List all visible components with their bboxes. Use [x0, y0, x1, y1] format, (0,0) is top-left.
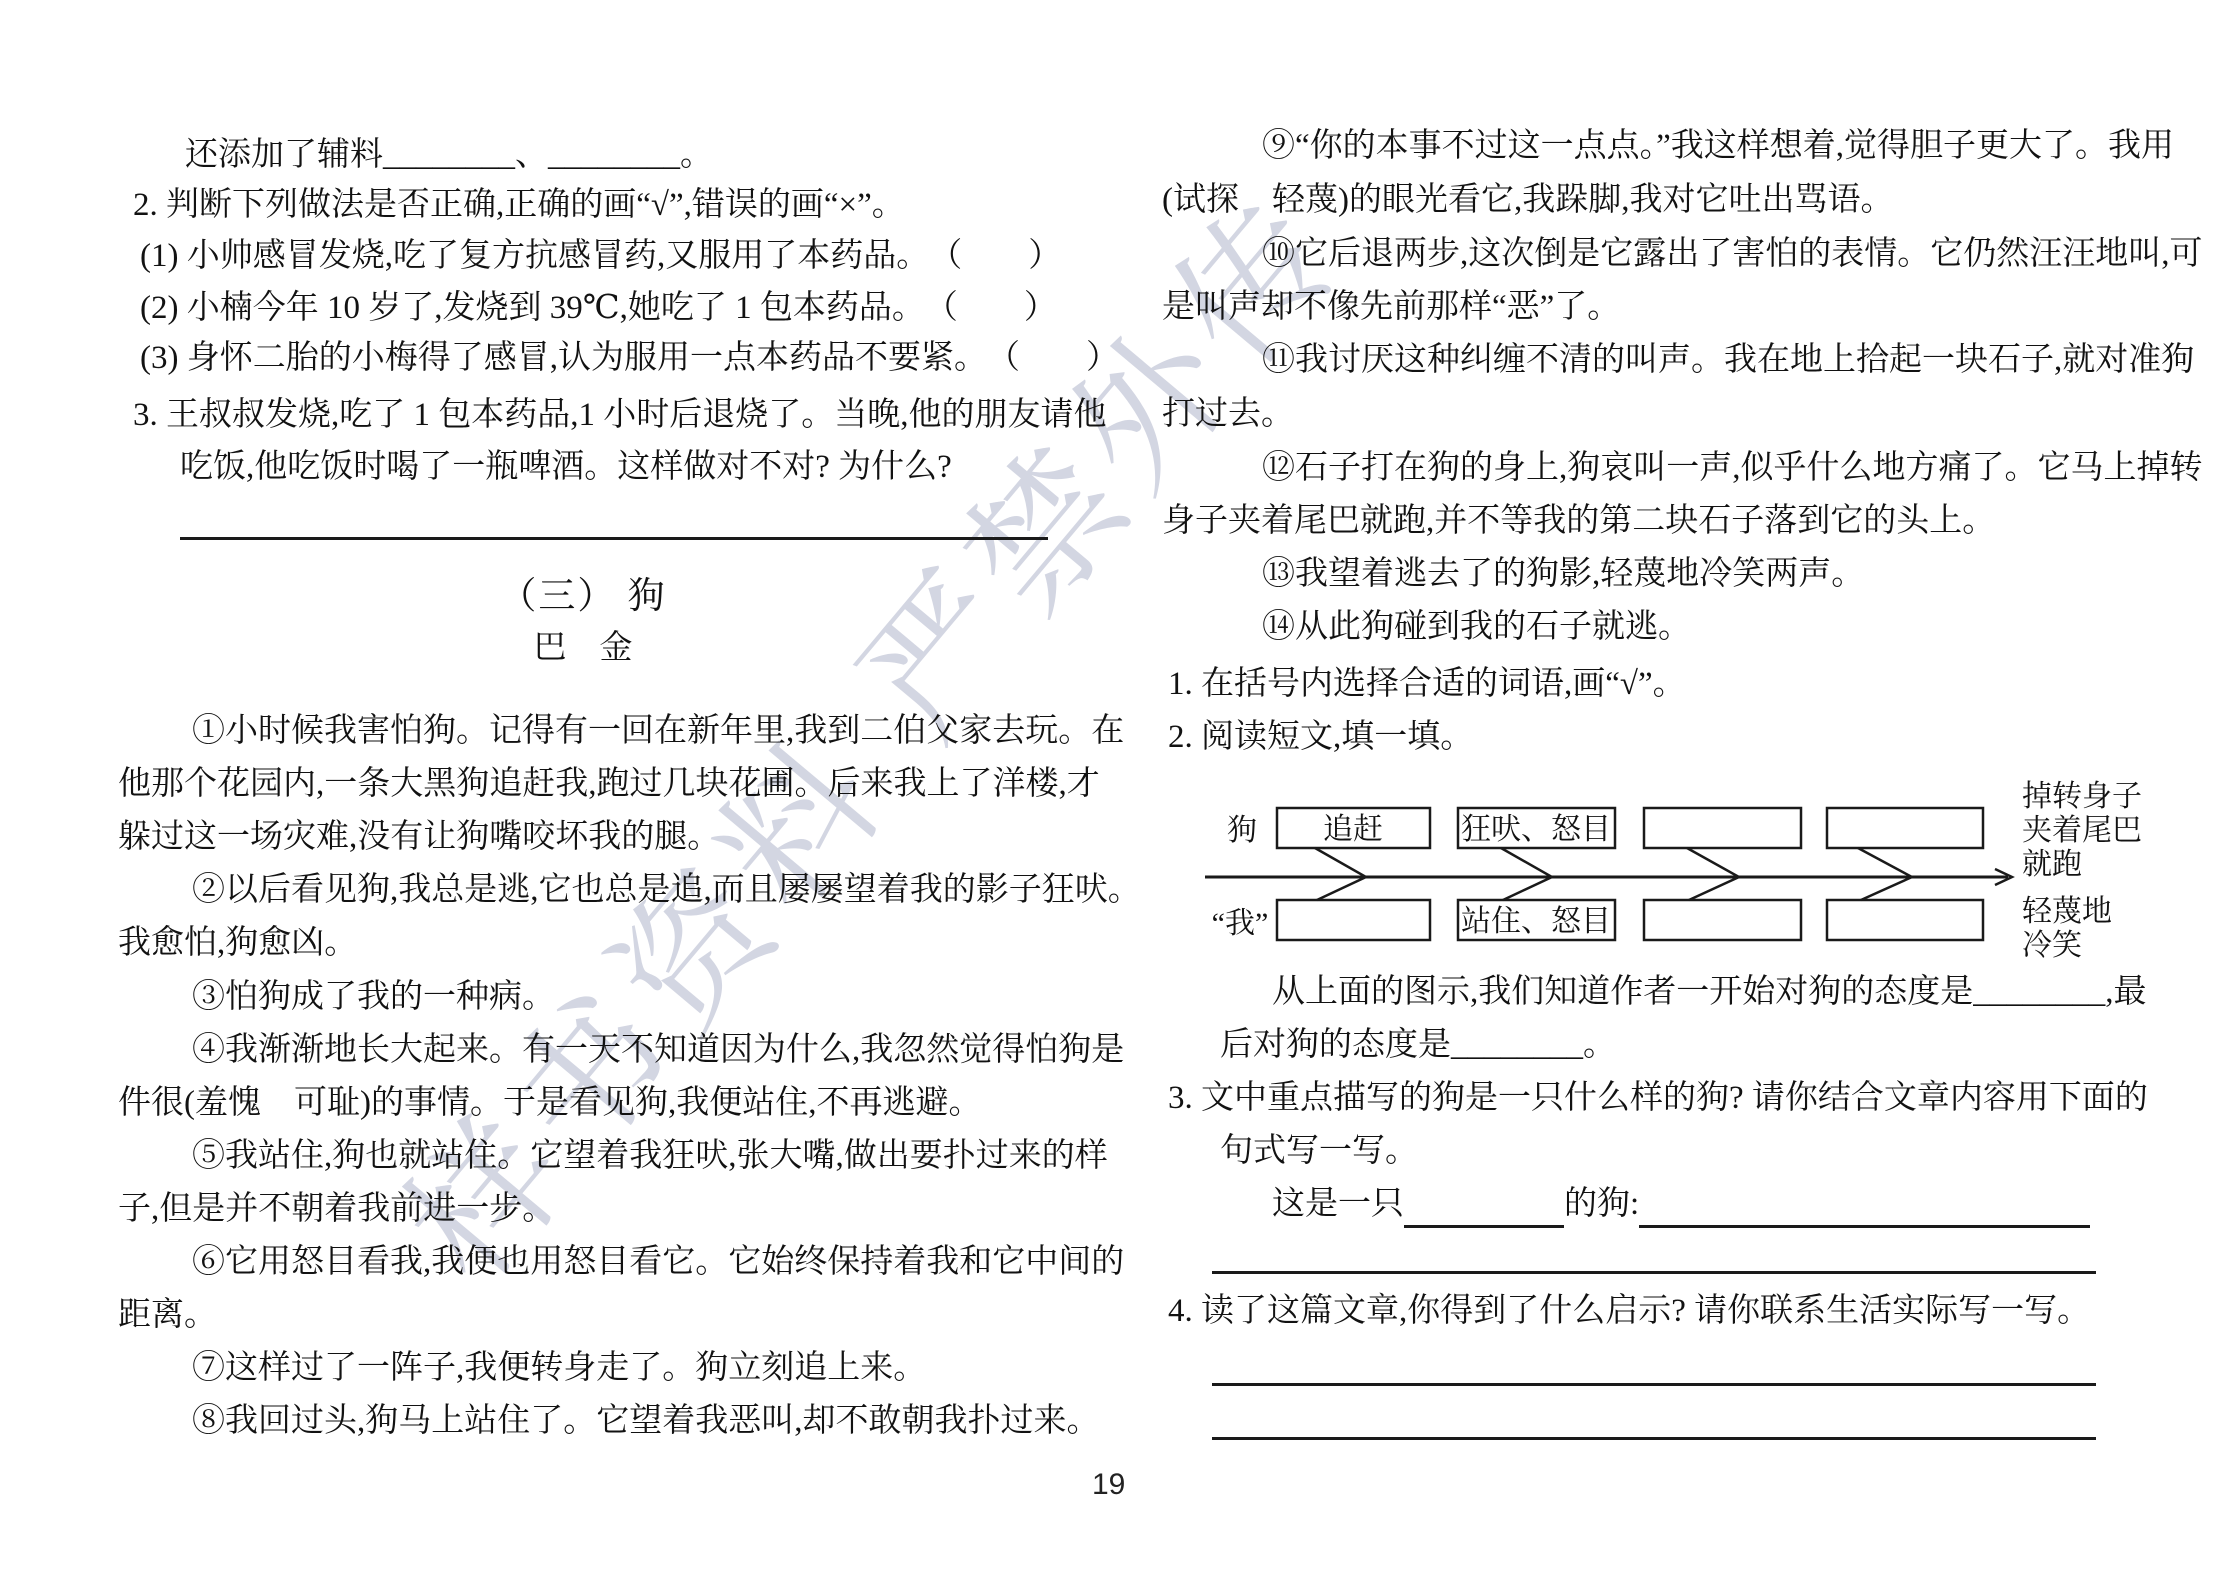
worksheet-page: 样书资料 严禁外传 还添加了辅料________、________。 2. 判断… [0, 0, 2220, 1571]
passage-line: 身子夹着尾巴就跑,并不等我的第二块石子落到它的头上。 [1162, 495, 1995, 548]
diagram-row-label-dog: 狗 [1227, 814, 1257, 847]
passage-line: ⑤我站住,狗也就站住。它望着我狂吠,张大嘴,做出要扑过来的样 [192, 1130, 1108, 1183]
passage-line: ⑦这样过了一阵子,我便转身走了。狗立刻追上来。 [192, 1342, 926, 1395]
dog-attitude-flow-diagram: 狗 “我” 追赶 狂吠、怒目 站住、怒目 掉转身子 夹着尾巴 就跑 轻蔑地 冷 [1160, 778, 2150, 968]
passage-line: 打过去。 [1162, 388, 1294, 441]
answer-line [1212, 1437, 2096, 1440]
passage-line: ⑥它用怒目看我,我便也用怒目看它。它始终保持着我和它中间的 [192, 1236, 1124, 1289]
passage-line: ⑩它后退两步,这次倒是它露出了害怕的表情。它仍然汪汪地叫,可 [1262, 228, 2203, 281]
answer-line [180, 537, 1048, 540]
q2-stem: 2. 判断下列做法是否正确,正确的画“√”,错误的画“×”。 [133, 179, 905, 232]
passage-line: 距离。 [118, 1289, 217, 1342]
answer-line [1212, 1383, 2096, 1386]
rq2-stem: 2. 阅读短文,填一填。 [1168, 711, 1473, 764]
rq3-blank-2 [1639, 1185, 2090, 1228]
rq2-fill-line-1: 从上面的图示,我们知道作者一开始对狗的态度是________,最 [1272, 966, 2147, 1019]
q2-item-2-text: (2) 小楠今年 10 岁了,发烧到 39℃,她吃了 1 包本药品。 [140, 282, 925, 335]
note-bottom-line-1: 轻蔑地 [2022, 895, 2112, 928]
rq1-stem: 1. 在括号内选择合适的词语,画“√”。 [1168, 658, 1686, 711]
connector-1 [1315, 848, 1366, 900]
rq3-template-mid: 的狗: [1564, 1180, 1639, 1228]
passage-line: 我愈怕,狗愈凶。 [118, 917, 357, 970]
flow-box-dog-3 [1644, 808, 1801, 848]
q1-continuation-line: 还添加了辅料________、________。 [185, 129, 713, 182]
flow-box-dog-2-text: 狂吠、怒目 [1461, 813, 1611, 846]
passage-line: ⑧我回过头,狗马上站住了。它望着我恶叫,却不敢朝我扑过来。 [192, 1395, 1100, 1448]
passage-line: ③怕狗成了我的一种病。 [192, 971, 555, 1024]
flow-box-me-3 [1644, 900, 1801, 940]
passage-line: 躲过这一场灾难,没有让狗嘴咬坏我的腿。 [118, 811, 720, 864]
note-top-line-3: 就跑 [2022, 848, 2082, 881]
connector-3 [1687, 848, 1739, 900]
answer-line [1212, 1271, 2096, 1274]
passage-line: 他那个花园内,一条大黑狗追赶我,跑过几块花圃。后来我上了洋楼,才 [118, 758, 1100, 811]
flow-box-me-4 [1827, 900, 1983, 940]
passage-line: 是叫声却不像先前那样“恶”了。 [1162, 281, 1620, 334]
passage-line: ①小时候我害怕狗。记得有一回在新年里,我到二伯父家去玩。在 [192, 705, 1124, 758]
rq4-stem: 4. 读了这篇文章,你得到了什么启示? 请你联系生活实际写一写。 [1168, 1285, 2090, 1338]
passage-line: ④我渐渐地长大起来。有一天不知道因为什么,我忽然觉得怕狗是 [192, 1024, 1124, 1077]
passage-line: ⑫石子打在狗的身上,狗哀叫一声,似乎什么地方痛了。它马上掉转 [1262, 442, 2203, 495]
connector-4 [1858, 848, 1912, 900]
passage-line: ⑨“你的本事不过这一点点。”我这样想着,觉得胆子更大了。我用 [1262, 120, 2174, 173]
flow-box-me-2-text: 站住、怒目 [1461, 905, 1611, 938]
passage-line: ⑭从此狗碰到我的石子就逃。 [1262, 601, 1691, 654]
passage-line: (试探 轻蔑)的眼光看它,我跺脚,我对它吐出骂语。 [1162, 174, 1893, 227]
flow-box-me-1 [1277, 900, 1430, 940]
passage-line: ⑪我讨厌这种纠缠不清的叫声。我在地上拾起一块石子,就对准狗 [1262, 334, 2194, 387]
q2-item-1: (1) 小帅感冒发烧,吃了复方抗感冒药,又服用了本药品。 （ ） [140, 230, 1052, 283]
q2-item-3: (3) 身怀二胎的小梅得了感冒,认为服用一点本药品不要紧。 （ ） [140, 332, 1052, 385]
flow-box-dog-1-text: 追赶 [1323, 813, 1383, 846]
reading-title: （三） 狗 [118, 570, 1048, 623]
passage-line: 子,但是并不朝着我前进一步。 [118, 1183, 555, 1236]
q2-item-1-answer-space: （ ） [929, 230, 1061, 283]
reading-author: 巴 金 [118, 622, 1048, 675]
note-top-line-2: 夹着尾巴 [2022, 814, 2142, 847]
q2-item-3-text: (3) 身怀二胎的小梅得了感冒,认为服用一点本药品不要紧。 [140, 332, 987, 385]
q3-line-1: 3. 王叔叔发烧,吃了 1 包本药品,1 小时后退烧了。当晚,他的朋友请他 [133, 389, 1107, 442]
q3-line-2: 吃饭,他吃饭时喝了一瓶啤酒。这样做对不对? 为什么? [180, 441, 952, 494]
passage-line: ⑬我望着逃去了的狗影,轻蔑地冷笑两声。 [1262, 548, 1864, 601]
flow-box-dog-4 [1827, 808, 1983, 848]
q2-item-2-answer-space: （ ） [925, 282, 1057, 335]
rq2-fill-line-2: 后对狗的态度是________。 [1220, 1019, 1616, 1072]
passage-line: 件很(羞愧 可耻)的事情。于是看见狗,我便站住,不再逃避。 [118, 1077, 981, 1130]
note-bottom-line-2: 冷笑 [2022, 929, 2082, 962]
diagram-row-label-me: “我” [1212, 907, 1269, 940]
rq3-line-2: 句式写一写。 [1220, 1125, 1418, 1178]
rq3-sentence-template: 这是一只 的狗: [1272, 1180, 2090, 1228]
passage-line: ②以后看见狗,我总是逃,它也总是追,而且屡屡望着我的影子狂吠。 [192, 864, 1141, 917]
rq3-line-1: 3. 文中重点描写的狗是一只什么样的狗? 请你结合文章内容用下面的 [1168, 1072, 2148, 1125]
rq3-template-pre: 这是一只 [1272, 1180, 1404, 1228]
q2-item-3-answer-space: （ ） [987, 332, 1119, 385]
page-number: 19 [1092, 1468, 1125, 1502]
note-top-line-1: 掉转身子 [2022, 780, 2142, 813]
connector-2 [1501, 848, 1552, 900]
q2-item-1-text: (1) 小帅感冒发烧,吃了复方抗感冒药,又服用了本药品。 [140, 230, 929, 283]
rq3-blank-1 [1404, 1185, 1564, 1228]
q2-item-2: (2) 小楠今年 10 岁了,发烧到 39℃,她吃了 1 包本药品。 （ ） [140, 282, 1052, 335]
